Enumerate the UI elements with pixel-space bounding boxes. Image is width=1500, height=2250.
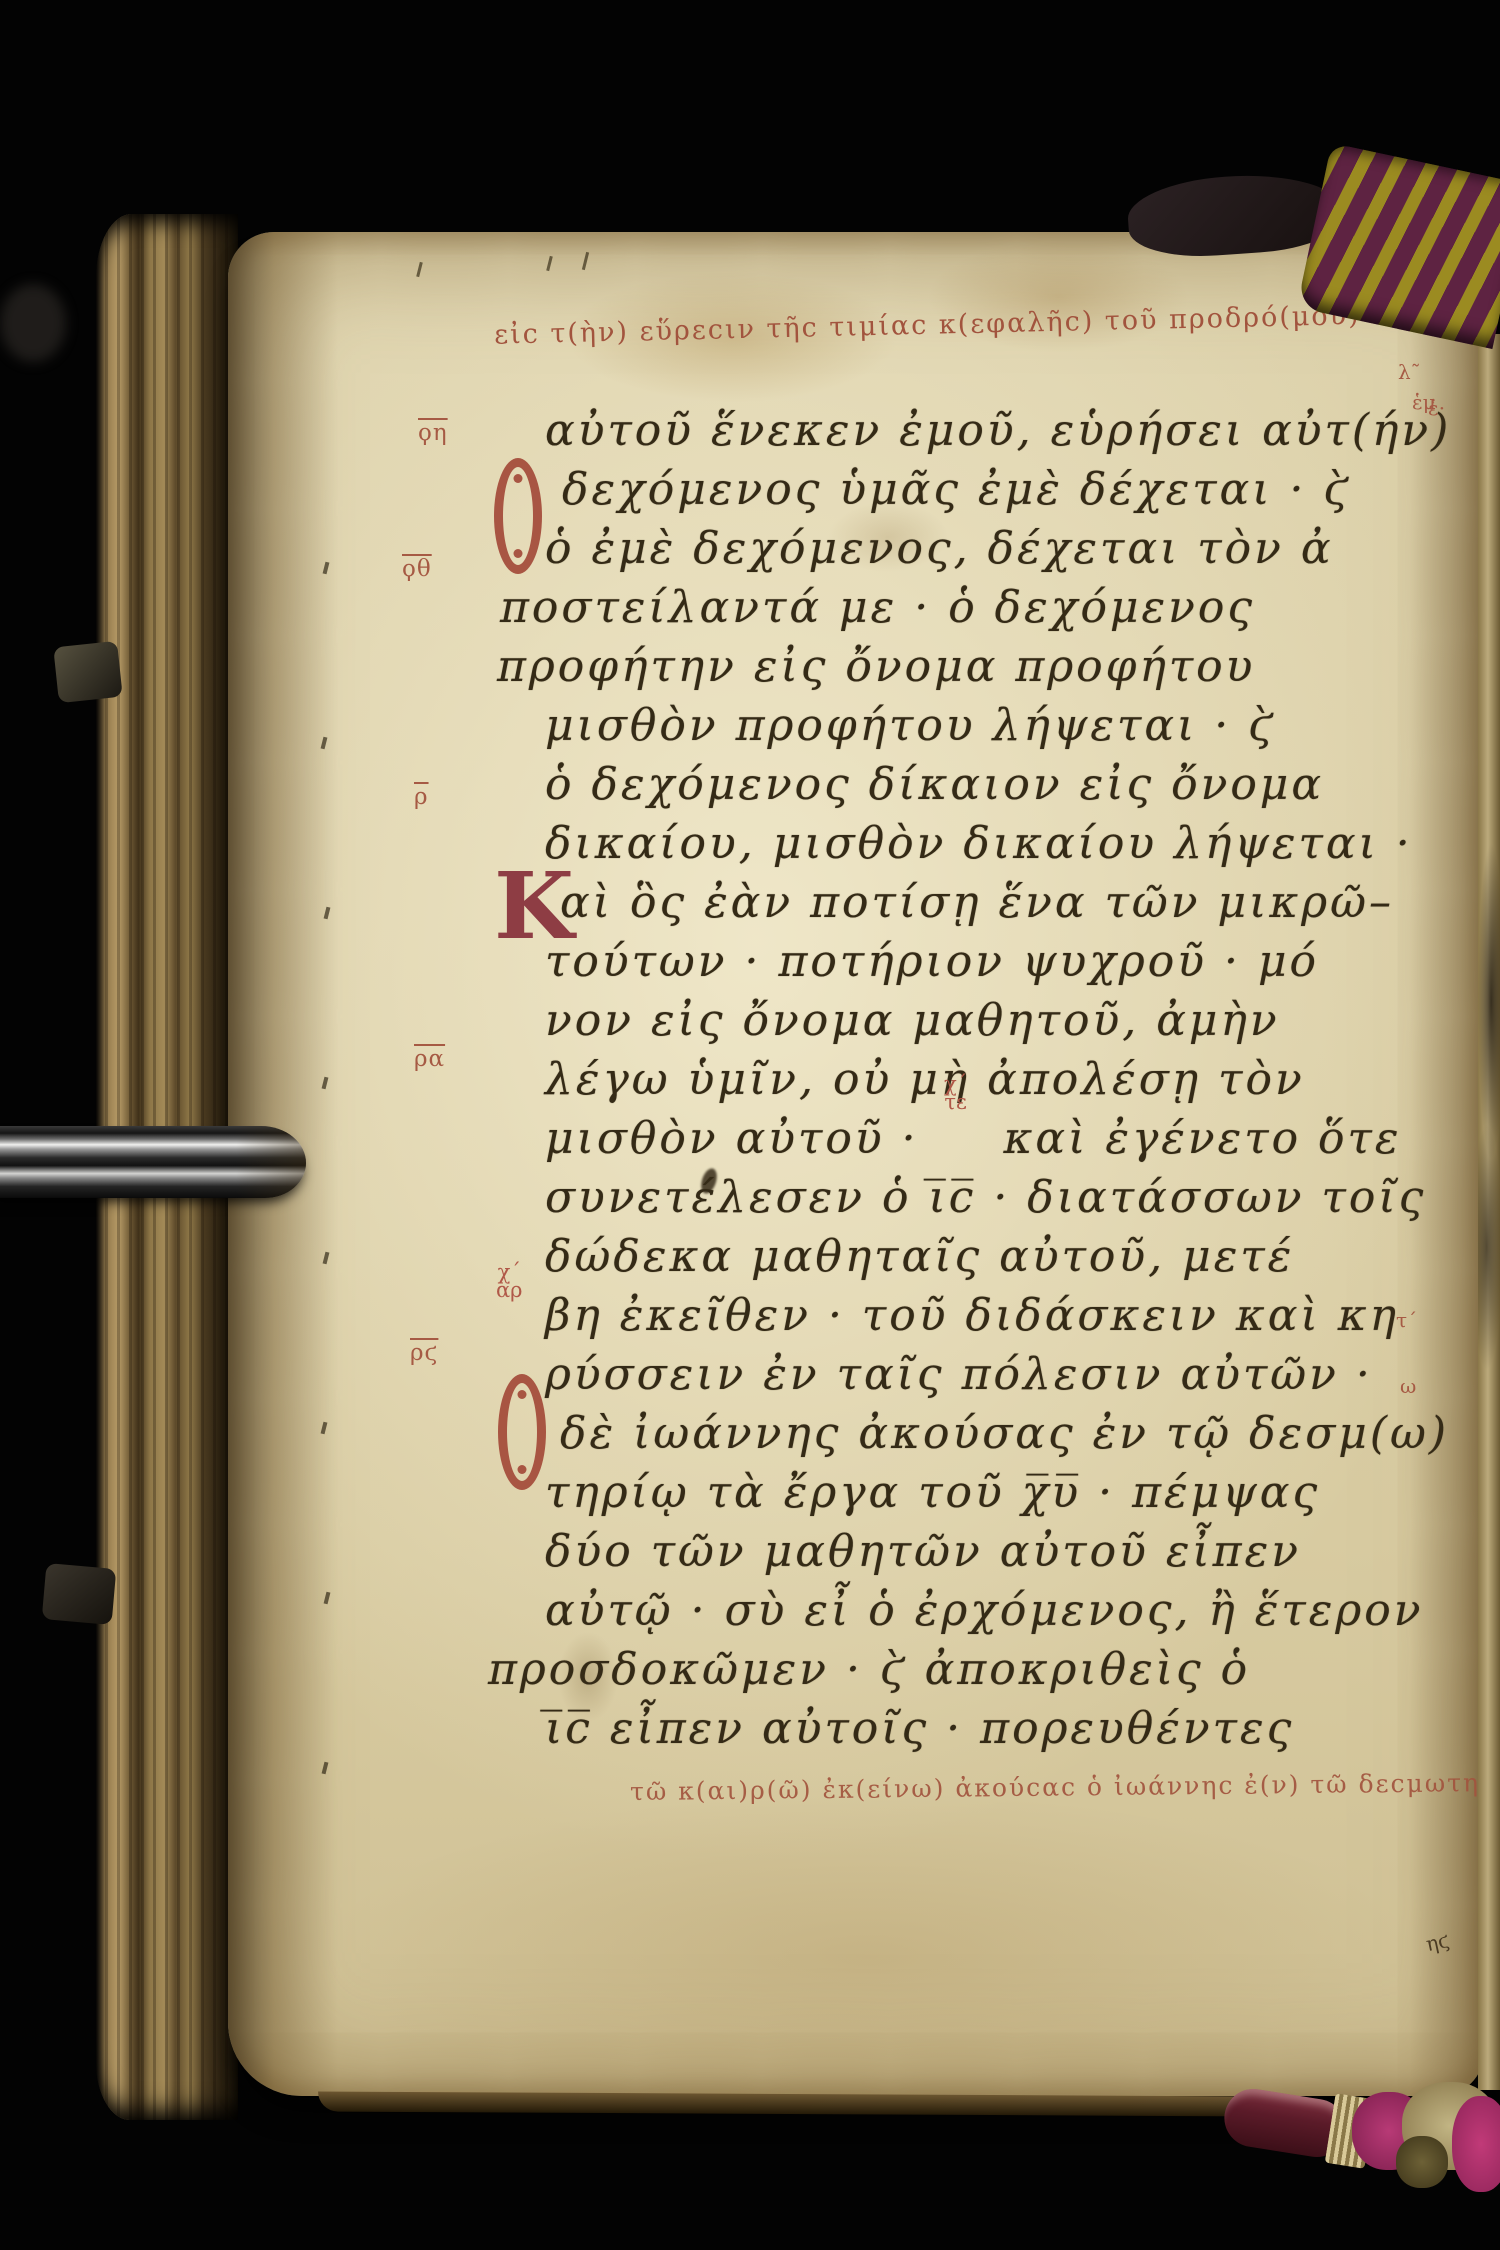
shadow-smudge <box>0 284 66 362</box>
text-line-9: αὶ ὃς ἐὰν ποτίσῃ ἕνα τῶν μικρῶ– <box>560 877 1394 928</box>
text-line-13: μισθὸν αὐτοῦ · καὶ ἐγένετο ὅτε <box>545 1113 1402 1164</box>
margin-number-99: ϙθ <box>402 556 432 582</box>
arche-lection-mark: χ΄ αρ <box>496 1264 523 1300</box>
page-curve-shade <box>1410 232 1484 2096</box>
text-line-3: ὁ ἐμὲ δεχόμενος, δέχεται τὸν ἀ <box>545 523 1334 574</box>
textile-tuft-magenta-2 <box>1452 2096 1500 2192</box>
text-line-17: ρύσσειν ἐν ταῖς πόλεσιν αὐτῶν · <box>545 1349 1373 1400</box>
text-line-1: αὐτοῦ ἕνεκεν ἐμοῦ, εὑρήσει αὐτ(ήν) <box>545 405 1451 456</box>
parchment-stain <box>318 1792 1418 2096</box>
text-line-18: δὲ ἰωάννης ἀκούσας ἐν τῷ δεσμ(ω) <box>560 1408 1449 1459</box>
manuscript-photo: εἰϲ τ(ὴν) εὕρεϲιν τῆϲ τιμίαϲ κ(εφαλῆϲ) τ… <box>0 0 1500 2250</box>
header-note-lambda: λ῀ <box>1398 360 1421 384</box>
text-line-14: συνετέλεσεν ὁ ι̅ϲ̅ · διατάσσων τοῖς <box>545 1172 1426 1223</box>
text-line-7: ὁ δεχόμενος δίκαιον εἰς ὄνομα <box>545 759 1324 810</box>
margin-number-100: ρ <box>414 784 429 810</box>
text-line-21: αὐτῷ · σὺ εἶ ὁ ἐρχόμενος, ἢ ἕτερον <box>545 1585 1423 1636</box>
text-line-4: ποστείλαντά με · ὁ δεχόμενος <box>500 582 1255 633</box>
text-line-19: τηρίῳ τὰ ἔργα τοῦ χ̅υ̅ · πέμψας <box>545 1467 1320 1518</box>
superscript-omega-mark: ω <box>1400 1374 1416 1398</box>
clasp-stub-bottom <box>42 1563 117 1625</box>
text-line-12: λέγω ὑμῖν, οὐ μὴ ἀπολέσῃ τὸν <box>545 1054 1305 1105</box>
fore-edge-strip <box>1478 334 1500 2090</box>
text-line-23: ι̅ϲ̅ εἶπεν αὐτοῖς · πορευθέντες <box>545 1703 1294 1754</box>
text-line-11: νον εἰς ὄνομα μαθητοῦ, ἀμὴν <box>545 995 1280 1046</box>
initial-omicron-1 <box>494 458 542 574</box>
text-line-15: δώδεκα μαθηταῖς αὐτοῦ, μετέ <box>545 1231 1294 1282</box>
telos-lection-mark: χ΄ τε <box>944 1076 967 1112</box>
text-line-5: προφήτην εἰς ὄνομα προφήτου <box>497 641 1255 692</box>
margin-number-106: ρϛ <box>410 1340 438 1366</box>
text-line-8: δικαίου, μισθὸν δικαίου λήψεται · <box>545 818 1413 869</box>
initial-omicron-2 <box>498 1374 546 1490</box>
margin-number-98: ϙη <box>418 420 448 446</box>
text-line-20: δύο τῶν μαθητῶν αὐτοῦ εἶπεν <box>545 1526 1301 1577</box>
text-line-16: βη ἐκεῖθεν · τοῦ διδάσκειν καὶ κη <box>545 1290 1399 1341</box>
text-line-2: δεχόμενος ὑμᾶς ἐμὲ δέχεται · ϛ̀ <box>562 464 1351 515</box>
text-line-10: τούτων · ποτήριον ψυχροῦ · μό <box>545 936 1319 987</box>
ink-doodle: ηϛ <box>1424 1928 1452 1956</box>
text-line-6: μισθὸν προφήτου λήψεται · ϛ̀ <box>545 700 1276 751</box>
book-weight-rod <box>0 1126 306 1198</box>
text-line-22: προσδοκῶμεν · ϛ̀ ἀποκριθεὶς ὁ <box>488 1644 1250 1695</box>
under-leaf-edge <box>318 2092 1268 2117</box>
margin-number-101: ρα <box>414 1046 445 1072</box>
clasp-stub-top <box>53 641 123 703</box>
margin-tau-mark: τ΄ <box>1396 1308 1417 1332</box>
textile-tuft-olive <box>1396 2136 1448 2188</box>
